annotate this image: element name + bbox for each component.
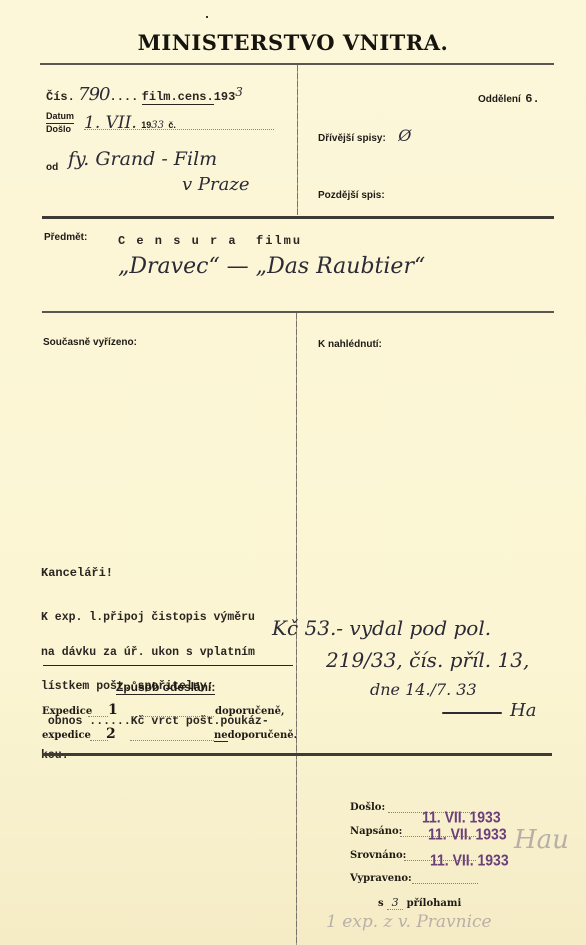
dispatch-bottom-rule xyxy=(42,753,552,756)
proc-dispatched-dots xyxy=(412,883,478,884)
dispatch-row2-ne: ne xyxy=(214,730,228,742)
cis-label: Čís. xyxy=(46,90,75,104)
proc-dispatched-label: Vypraveno: xyxy=(350,873,412,884)
for-inspection-label: K nahlédnutí: xyxy=(318,339,382,350)
subject-film-title: „Dravec“ — „Das Raubtier“ xyxy=(118,254,425,279)
datum-doslo-label: Datum Došlo xyxy=(46,111,74,135)
dispatch-row2-value: nedoporučeně. xyxy=(214,730,297,741)
annotation-line1: Kč 53.- vydal pod pol. xyxy=(272,616,491,640)
annotation-line2: 219/33, čís. příl. 13, xyxy=(326,648,529,672)
attachments-count: 3 xyxy=(387,896,403,910)
datum-label: Datum xyxy=(46,111,74,124)
pencil-signature: Hau xyxy=(514,825,569,855)
from-label: od xyxy=(46,162,58,173)
from-hand-line2: v Praze xyxy=(182,174,249,195)
dispatch-row2-dots-b xyxy=(130,740,214,741)
cis-suffix: film.cens. xyxy=(142,90,214,105)
date-suffix: č. xyxy=(168,120,176,130)
handled-concurrently-label: Současně vyřízeno: xyxy=(43,337,137,348)
date-stamp-1: 11. VII. 1933 xyxy=(422,808,501,826)
cis-year: 193 xyxy=(214,90,236,104)
subject-label: Předmět: xyxy=(44,232,87,243)
subject-typed: C e n s u r a filmu xyxy=(118,234,302,248)
department-label: Oddělení xyxy=(478,94,521,105)
date-year-prefix: 19 xyxy=(141,120,151,130)
ink-dot xyxy=(206,16,208,18)
attachments-suffix: přílohami xyxy=(407,898,462,909)
annotation-line3: dne 14./7. 33 xyxy=(370,680,477,699)
office-rule xyxy=(43,665,293,666)
subject-bottom-rule xyxy=(42,311,554,313)
later-file-label: Pozdější spis: xyxy=(318,190,385,201)
dispatch-row1-num: 1 xyxy=(108,702,118,718)
dispatch-row2-label: expedice xyxy=(42,730,91,741)
department-value: 6. xyxy=(525,92,539,106)
dispatch-row1-value: doporučeně, xyxy=(215,706,284,717)
dispatch-row-2: expedice xyxy=(42,730,91,741)
cis-number: 790 xyxy=(78,84,109,105)
cis-year-hand: 3 xyxy=(235,85,243,99)
page-title: MINISTERSTVO VNITRA. xyxy=(0,30,586,55)
annotation-signature: Ha xyxy=(510,700,536,721)
from-hand-line1: fy. Grand - Film xyxy=(68,148,217,170)
attachments-prefix: s xyxy=(378,898,384,909)
dispatch-row1-dots-b xyxy=(132,716,214,717)
annotation-underline xyxy=(442,712,502,714)
previous-files-value: Ø xyxy=(398,126,411,145)
date-stamp-2: 11. VII. 1933 xyxy=(428,825,507,843)
header-bottom-rule xyxy=(42,216,554,219)
office-line: na dávku za úř. ukon s vplatním xyxy=(41,647,269,659)
office-line: obnos ......Kč vrct pošt.poukáz- xyxy=(41,716,269,728)
pencil-note: 1 exp. z v. Pravnice xyxy=(326,912,492,932)
proc-written-label: Napsáno: xyxy=(350,826,402,837)
date-received-hand: 1. VII. xyxy=(84,113,137,133)
department-row: Oddělení 6. xyxy=(478,89,540,107)
previous-files-row: Dřívější spisy: Ø xyxy=(318,126,411,146)
document-page: MINISTERSTVO VNITRA. Čís. 790.... film.c… xyxy=(0,0,586,945)
office-heading: Kanceláři! xyxy=(41,566,113,580)
previous-files-label: Dřívější spisy: xyxy=(318,133,386,144)
proc-received-label: Došlo: xyxy=(350,802,385,813)
proc-compared-label: Srovnáno: xyxy=(350,850,406,861)
office-line: K exp. l.připoj čistopis výměru xyxy=(41,612,269,624)
date-received-field: 1. VII. 1933 č. xyxy=(84,113,274,130)
date-stamp-3: 11. VII. 1933 xyxy=(430,851,509,869)
dispatch-row1-dots-a xyxy=(88,716,108,717)
column-divider-top xyxy=(297,65,298,215)
doslo-label: Došlo xyxy=(46,124,74,135)
registry-number-row: Čís. 790.... film.cens.1933 xyxy=(46,84,243,105)
dispatch-heading: Způsob odeslání: xyxy=(116,680,215,695)
dispatch-row2-rest: doporučeně. xyxy=(228,730,297,741)
attachments-row: s 3 přílohami xyxy=(378,896,461,910)
date-year-hand: 33 xyxy=(151,120,164,131)
dispatch-row1-label: Expedice xyxy=(42,706,92,717)
dispatch-row-1: Expedice xyxy=(42,706,92,717)
cis-dots: .... xyxy=(110,90,139,104)
dispatch-row2-num: 2 xyxy=(106,726,116,742)
